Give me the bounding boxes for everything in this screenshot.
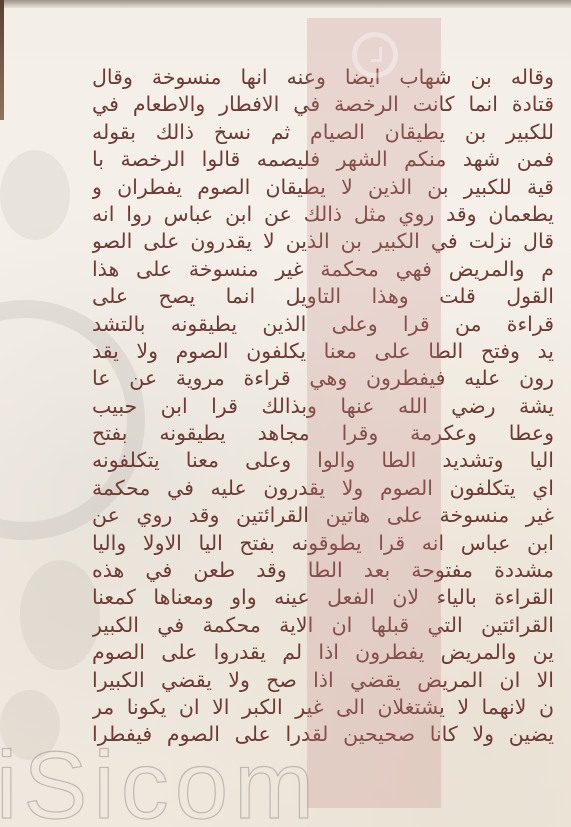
page-left-edge — [0, 0, 4, 120]
watermark-logo-icon — [352, 32, 398, 78]
page-top-edge — [0, 0, 571, 8]
watermark-text: iSicom — [0, 738, 320, 827]
manuscript-page: وقاله بن شهاب ايضا وعنه انها منسوخة وقال… — [0, 0, 571, 827]
watermark-strip — [307, 18, 441, 808]
faded-stamp-blot — [0, 150, 70, 240]
faded-stamp-blot — [20, 560, 100, 670]
